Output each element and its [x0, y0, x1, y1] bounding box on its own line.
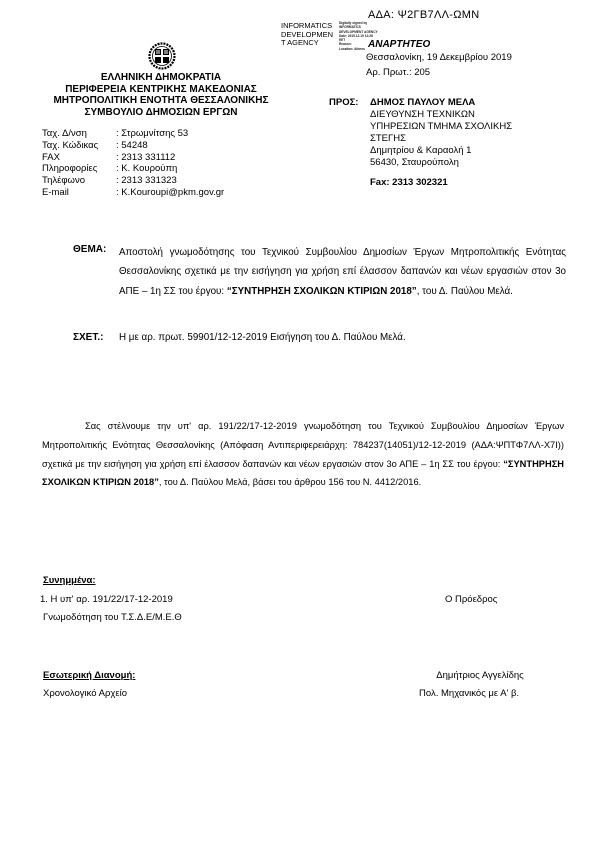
subject-suffix: , του Δ. Παύλου Μελά. [417, 286, 513, 297]
recipient-fax: Fax: 2313 302321 [370, 177, 512, 189]
posting-label: ΑΝΑΡΤΗΤΕΟ [368, 39, 430, 50]
reference-text: Η με αρ. πρωτ. 59901/12-12-2019 Εισήγηση… [119, 332, 406, 343]
distribution-item: Χρονολογικό Αρχείο [43, 688, 127, 699]
recipient-line: ΥΠΗΡΕΣΙΩΝ ΤΜΗΜΑ ΣΧΟΛΙΚΗΣ [370, 121, 512, 133]
recipient-name: ΔΗΜΟΣ ΠΑΥΛΟΥ ΜΕΛΑ [370, 97, 512, 109]
agency-line: T AGENCY [281, 39, 333, 48]
contact-row-email: E-mail : K.Kouroupi@pkm.gov.gr [42, 187, 224, 199]
contact-row-info: Πληροφορίες : Κ. Κουρούπη [42, 163, 224, 175]
attachment-item: 1. Η υπ' αρ. 191/22/17-12-2019 [40, 594, 173, 605]
contact-details: Ταχ. Δ/νση : Στρωμνίτσης 53 Ταχ. Κώδικας… [42, 128, 224, 199]
contact-value: : 54248 [116, 140, 148, 152]
recipient-line: ΣΤΕΓΗΣ [370, 133, 512, 145]
body-main: Σας στέλνουμε την υπ' αρ. 191/22/17-12-2… [42, 421, 564, 469]
body-suffix: , του Δ. Παύλου Μελά, βάσει του άρθρου 1… [159, 477, 421, 487]
contact-row-fax: FAX : 2313 331112 [42, 152, 224, 164]
signing-agency: INFORMATICS DEVELOPMEN T AGENCY [281, 22, 333, 48]
subject-text: Αποστολή γνωμοδότησης του Τεχνικού Συμβο… [119, 243, 566, 301]
org-line: ΣΥΜΒΟΥΛΙΟ ΔΗΜΟΣΙΩΝ ΕΡΓΩΝ [30, 107, 292, 119]
contact-row-address: Ταχ. Δ/νση : Στρωμνίτσης 53 [42, 128, 224, 140]
contact-email[interactable]: : K.Kouroupi@pkm.gov.gr [116, 187, 224, 199]
protocol-number: Αρ. Πρωτ.: 205 [366, 67, 430, 78]
signatory-name: Δημήτριος Αγγελίδης [425, 670, 535, 681]
attachments-title: Συνημμένα: [43, 575, 96, 586]
contact-value: : 2313 331323 [116, 175, 177, 187]
contact-label: E-mail [42, 187, 116, 199]
reference-label: ΣΧΕΤ.: [73, 332, 103, 343]
contact-label: Ταχ. Κώδικας [42, 140, 116, 152]
contact-label: Πληροφορίες [42, 163, 116, 175]
contact-label: Τηλέφωνο [42, 175, 116, 187]
recipient-address: ΔΗΜΟΣ ΠΑΥΛΟΥ ΜΕΛΑ ΔΙΕΥΘΥΝΣΗ ΤΕΧΝΙΚΩΝ ΥΠΗ… [370, 97, 512, 189]
contact-value: : Στρωμνίτσης 53 [116, 128, 188, 140]
recipient-line: ΔΙΕΥΘΥΝΣΗ ΤΕΧΝΙΚΩΝ [370, 109, 512, 121]
recipient-label: ΠΡΟΣ: [329, 97, 358, 109]
contact-value: : Κ. Κουρούπη [116, 163, 177, 175]
distribution-title: Εσωτερική Διανομή: [43, 670, 135, 681]
contact-row-phone: Τηλέφωνο : 2313 331323 [42, 175, 224, 187]
contact-label: Ταχ. Δ/νση [42, 128, 116, 140]
org-line: ΠΕΡΙΦΕΡΕΙΑ ΚΕΝΤΡΙΚΗΣ ΜΑΚΕΔΟΝΙΑΣ [30, 84, 292, 96]
contact-value: : 2313 331112 [116, 152, 175, 164]
org-line: ΜΗΤΡΟΠΟΛΙΤΙΚΗ ΕΝΟΤΗΤΑ ΘΕΣΣΑΛΟΝΙΚΗΣ [30, 95, 292, 107]
recipient-line: Δημητρίου & Καραολή 1 [370, 145, 512, 157]
subject-project: “ΣΥΝΤΗΡΗΣΗ ΣΧΟΛΙΚΩΝ ΚΤΙΡΙΩΝ 2018” [227, 286, 417, 297]
greek-coat-of-arms-icon [148, 42, 176, 70]
ada-code: ΑΔΑ: Ψ2ΓΒ7ΛΛ-ΩΜΝ [368, 9, 479, 21]
org-line: ΕΛΛΗΝΙΚΗ ΔΗΜΟΚΡΑΤΙΑ [30, 72, 292, 84]
contact-label: FAX [42, 152, 116, 164]
attachment-item-detail: Γνωμοδότηση του Τ.Σ.Δ.Ε/Μ.Ε.Θ [43, 612, 182, 623]
subject-label: ΘΕΜΑ: [73, 244, 106, 255]
recipient-line: 56430, Σταυρούπολη [370, 157, 512, 169]
body-paragraph: Σας στέλνουμε την υπ' αρ. 191/22/17-12-2… [42, 417, 564, 492]
president-title: Ο Πρόεδρος [445, 594, 497, 605]
contact-row-postcode: Ταχ. Κώδικας : 54248 [42, 140, 224, 152]
signatory-title: Πολ. Μηχανικός με Α' β. [419, 688, 519, 699]
organization-header: ΕΛΛΗΝΙΚΗ ΔΗΜΟΚΡΑΤΙΑ ΠΕΡΙΦΕΡΕΙΑ ΚΕΝΤΡΙΚΗΣ… [30, 72, 292, 118]
document-date: Θεσσαλονίκη, 19 Δεκεμβρίου 2019 [366, 52, 512, 63]
